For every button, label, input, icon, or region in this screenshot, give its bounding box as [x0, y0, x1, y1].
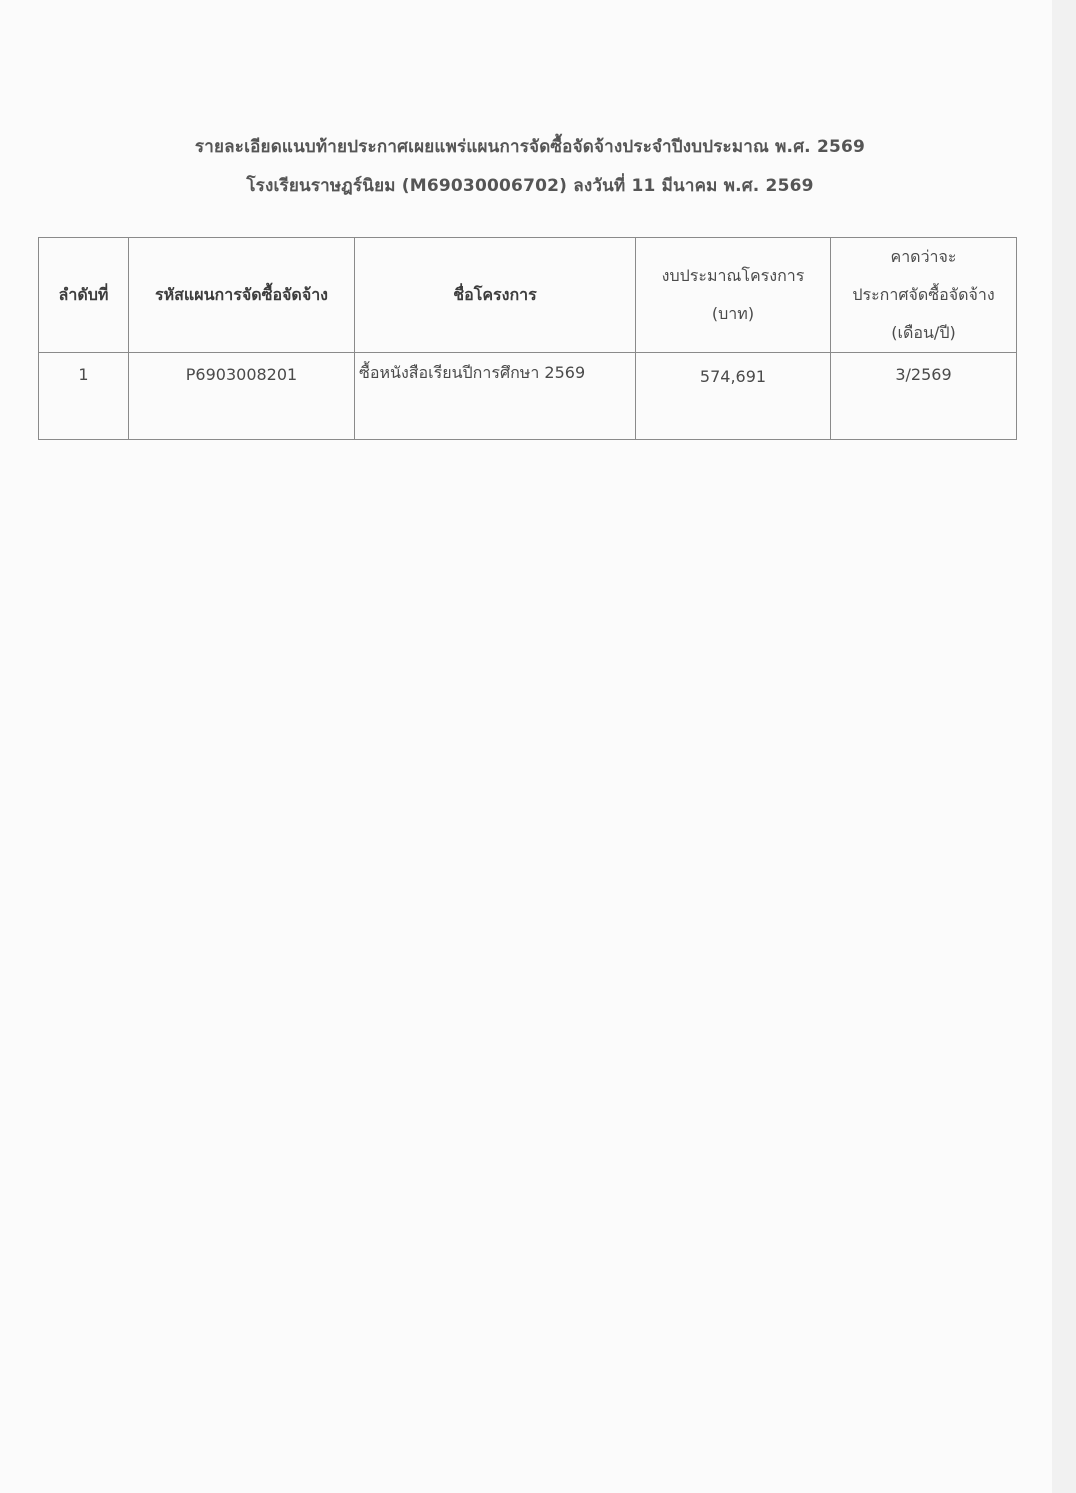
header-project-name: ชื่อโครงการ	[355, 238, 636, 353]
document-subtitle: โรงเรียนราษฎร์นิยม (M69030006702) ลงวันท…	[4, 172, 1056, 199]
header-plan-code: รหัสแผนการจัดซื้อจัดจ้าง	[129, 238, 355, 353]
header-budget: งบประมาณโครงการ (บาท)	[636, 238, 831, 353]
page-edge	[1052, 0, 1076, 1493]
cell-project-name: ซื้อหนังสือเรียนปีการศึกษา 2569	[355, 353, 636, 440]
header-budget-unit: (บาท)	[640, 295, 826, 333]
cell-expected-month-year: 3/2569	[831, 353, 1017, 440]
header-expected-line-2: ประกาศจัดซื้อจัดจ้าง	[835, 276, 1012, 314]
table-row: 1 P6903008201 ซื้อหนังสือเรียนปีการศึกษา…	[39, 353, 1017, 440]
header-budget-label: งบประมาณโครงการ	[640, 257, 826, 295]
procurement-plan-table: ลำดับที่ รหัสแผนการจัดซื้อจัดจ้าง ชื่อโค…	[38, 237, 1017, 440]
cell-budget: 574,691	[636, 353, 831, 440]
header-order: ลำดับที่	[39, 238, 129, 353]
table-header-row: ลำดับที่ รหัสแผนการจัดซื้อจัดจ้าง ชื่อโค…	[39, 238, 1017, 353]
cell-order: 1	[39, 353, 129, 440]
document-page: รายละเอียดแนบท้ายประกาศเผยแพร่แผนการจัดซ…	[0, 0, 1052, 1493]
header-expected-line-3: (เดือน/ปี)	[835, 314, 1012, 352]
cell-plan-code: P6903008201	[129, 353, 355, 440]
header-expected-line-1: คาดว่าจะ	[835, 238, 1012, 276]
document-title: รายละเอียดแนบท้ายประกาศเผยแพร่แผนการจัดซ…	[4, 133, 1056, 160]
header-expected-date: คาดว่าจะ ประกาศจัดซื้อจัดจ้าง (เดือน/ปี)	[831, 238, 1017, 353]
